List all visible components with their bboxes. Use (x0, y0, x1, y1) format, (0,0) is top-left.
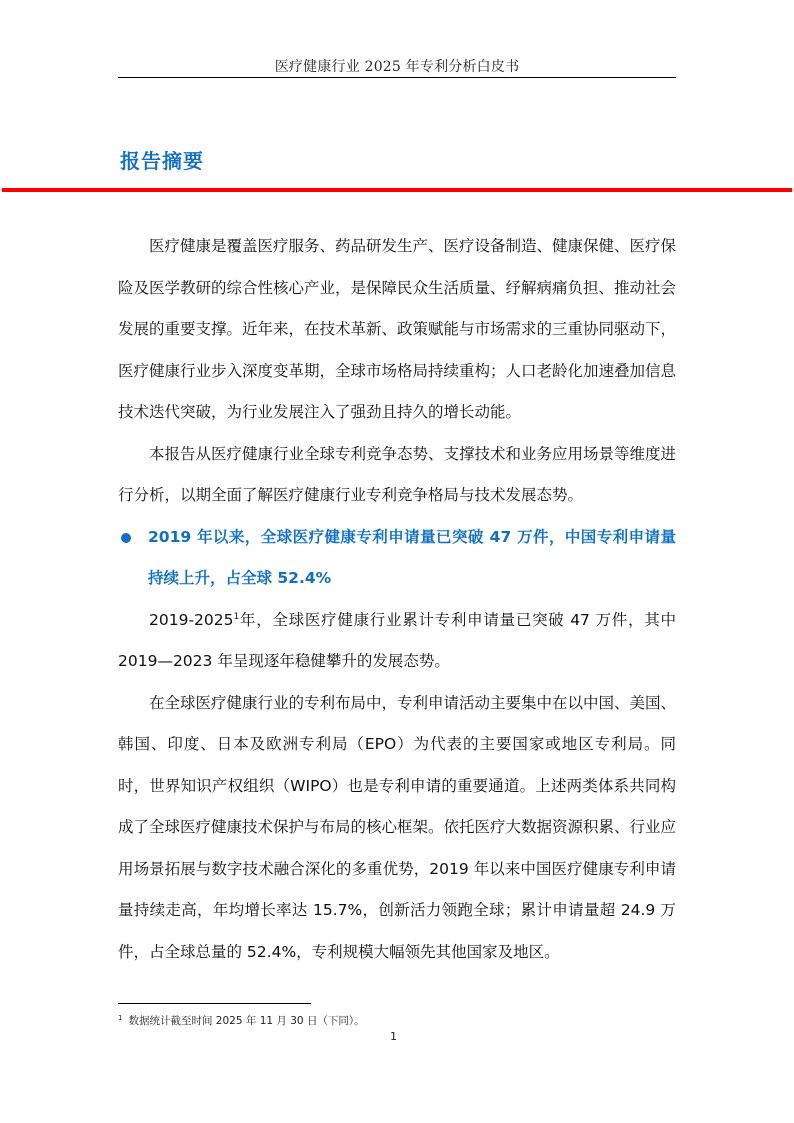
intro-paragraph-2: 本报告从医疗健康行业全球专利竞争态势、支撑技术和业务应用场景等维度进行分析，以期… (118, 434, 676, 517)
section-title: 报告摘要 (120, 145, 204, 174)
footnote: 1数据统计截至时间 2025 年 11 月 30 日（下同）。 (118, 1013, 365, 1028)
section-divider-red (2, 188, 792, 192)
footnote-divider (118, 1003, 311, 1004)
running-header: 医疗健康行业 2025 年专利分析白皮书 (118, 56, 676, 76)
header-divider (118, 77, 676, 78)
key-finding-heading: 2019 年以来，全球医疗健康专利申请量已突破 47 万件，中国专利申请量持续上… (118, 517, 676, 600)
page-number: 1 (390, 1030, 397, 1043)
intro-paragraph-1: 医疗健康是覆盖医疗服务、药品研发生产、医疗设备制造、健康保健、医疗保险及医学教研… (118, 226, 676, 434)
footnote-marker: 1 (118, 1014, 122, 1022)
finding-paragraph-2: 在全球医疗健康行业的专利布局中，专利申请活动主要集中在以中国、美国、韩国、印度、… (118, 683, 676, 974)
finding-paragraph-1: 2019-20251年，全球医疗健康行业累计专利申请量已突破 47 万件，其中 … (118, 600, 676, 683)
finding-paragraph-1-lead: 2019-2025 (149, 611, 234, 629)
bullet-dot-icon (121, 533, 131, 543)
footnote-text: 数据统计截至时间 2025 年 11 月 30 日（下同）。 (128, 1015, 364, 1027)
body-text: 医疗健康是覆盖医疗服务、药品研发生产、医疗设备制造、健康保健、医疗保险及医学教研… (118, 226, 676, 973)
key-finding-heading-text: 2019 年以来，全球医疗健康专利申请量已突破 47 万件，中国专利申请量持续上… (148, 528, 676, 588)
